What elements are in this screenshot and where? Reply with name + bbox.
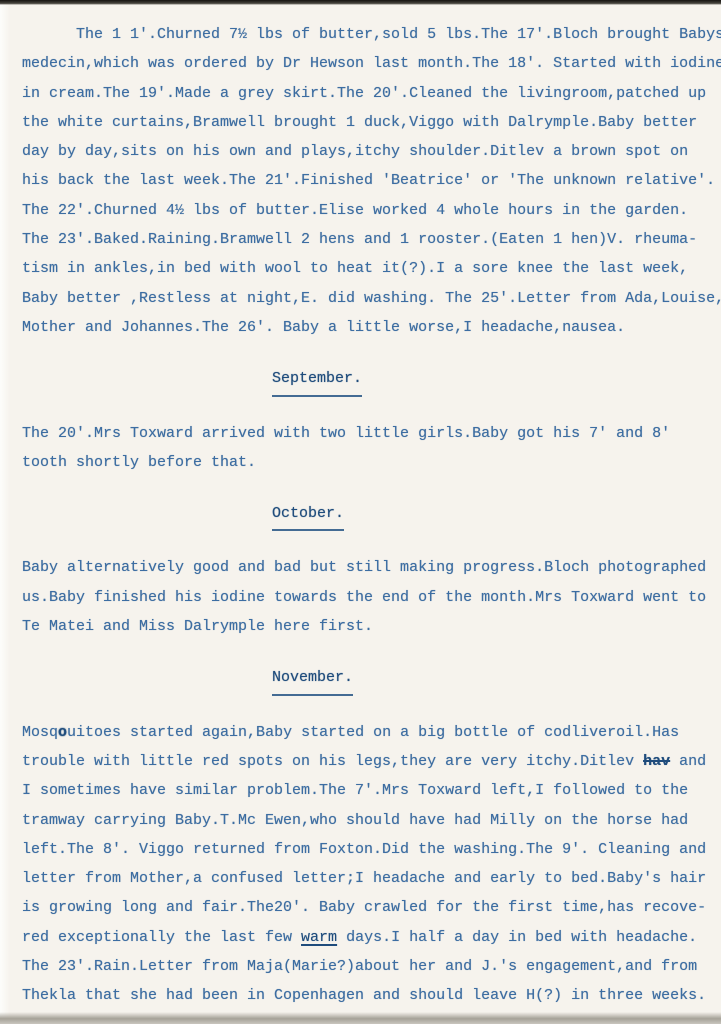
text-line: The 20'.Mrs Toxward arrived with two lit… (22, 419, 721, 448)
text-segment: Baby better ,Restless at night,E. did wa… (22, 290, 721, 307)
text-line: tramway carrying Baby.T.Mc Ewen,who shou… (22, 806, 721, 835)
text-segment: I sometimes have similar problem.The 7'.… (22, 782, 688, 799)
text-line: letter from Mother,a confused letter;I h… (22, 864, 721, 893)
text-segment: the white curtains,Bramwell brought 1 du… (22, 114, 697, 131)
text-segment: days.I half a day in bed with headache. (337, 929, 697, 946)
text-segment: Baby alternatively good and bad but stil… (22, 559, 706, 576)
text-line: The 22'.Churned 4½ lbs of butter.Elise w… (22, 196, 721, 225)
text-segment: Thekla that she had been in Copenhagen a… (22, 987, 706, 1004)
text-segment: uitoes started again,Baby started on a b… (67, 724, 679, 741)
text-segment: The 1 1'.Churned 7½ lbs of butter,sold 5… (22, 26, 721, 43)
document-body: The 1 1'.Churned 7½ lbs of butter,sold 5… (0, 0, 721, 1011)
text-segment: is growing long and fair.The20'. Baby cr… (22, 899, 706, 916)
text-line: The 23'.Baked.Raining.Bramwell 2 hens an… (22, 225, 721, 254)
text-segment: tramway carrying Baby.T.Mc Ewen,who shou… (22, 812, 688, 829)
text-segment: medecin,which was ordered by Dr Hewson l… (22, 55, 721, 72)
section-heading-text: September. (272, 364, 362, 396)
text-line: The 1 1'.Churned 7½ lbs of butter,sold 5… (22, 20, 721, 49)
text-line: tooth shortly before that. (22, 448, 721, 477)
text-line: Mosqouitoes started again,Baby started o… (22, 718, 721, 747)
text-line: red exceptionally the last few warm days… (22, 923, 721, 952)
text-segment-strike: hav (643, 753, 670, 770)
text-line: the white curtains,Bramwell brought 1 du… (22, 108, 721, 137)
text-segment: tism in ankles,in bed with wool to heat … (22, 260, 688, 277)
text-line: I sometimes have similar problem.The 7'.… (22, 776, 721, 805)
text-line: Te Matei and Miss Dalrymple here first. (22, 612, 721, 641)
scan-edge-bottom (0, 1012, 721, 1024)
text-segment: Te Matei and Miss Dalrymple here first. (22, 618, 373, 635)
text-segment: his back the last week.The 21'.Finished … (22, 172, 715, 189)
text-line: in cream.The 19'.Made a grey skirt.The 2… (22, 79, 721, 108)
text-segment: The 23'.Rain.Letter from Maja(Marie?)abo… (22, 958, 697, 975)
text-segment: us.Baby finished his iodine towards the … (22, 589, 706, 606)
paragraph: Mosqouitoes started again,Baby started o… (22, 718, 721, 1011)
scan-edge-top (0, 0, 721, 5)
text-line: Baby alternatively good and bad but stil… (22, 553, 721, 582)
text-line: medecin,which was ordered by Dr Hewson l… (22, 49, 721, 78)
text-line: Baby better ,Restless at night,E. did wa… (22, 284, 721, 313)
text-line: is growing long and fair.The20'. Baby cr… (22, 893, 721, 922)
text-segment-blot: o (58, 724, 67, 741)
paragraph: The 20'.Mrs Toxward arrived with two lit… (22, 419, 721, 478)
section-heading: October. (22, 499, 721, 531)
scanned-page: The 1 1'.Churned 7½ lbs of butter,sold 5… (0, 0, 721, 1024)
text-segment: day by day,sits on his own and plays,itc… (22, 143, 688, 160)
section-heading: November. (22, 663, 721, 695)
text-line: us.Baby finished his iodine towards the … (22, 583, 721, 612)
section-heading-text: October. (272, 499, 344, 531)
text-segment: in cream.The 19'.Made a grey skirt.The 2… (22, 85, 706, 102)
text-line: Mother and Johannes.The 26'. Baby a litt… (22, 313, 721, 342)
text-line: his back the last week.The 21'.Finished … (22, 166, 721, 195)
text-segment: letter from Mother,a confused letter;I h… (22, 870, 706, 887)
text-segment: and (670, 753, 706, 770)
text-line: tism in ankles,in bed with wool to heat … (22, 254, 721, 283)
text-line: Thekla that she had been in Copenhagen a… (22, 981, 721, 1010)
text-line: day by day,sits on his own and plays,itc… (22, 137, 721, 166)
text-segment: left.The 8'. Viggo returned from Foxton.… (22, 841, 706, 858)
text-segment-underline: warm (301, 929, 337, 946)
text-segment: tooth shortly before that. (22, 454, 256, 471)
text-segment: Mosq (22, 724, 58, 741)
section-heading: September. (22, 364, 721, 396)
text-line: trouble with little red spots on his leg… (22, 747, 721, 776)
text-segment: trouble with little red spots on his leg… (22, 753, 643, 770)
section-heading-text: November. (272, 663, 353, 695)
text-line: left.The 8'. Viggo returned from Foxton.… (22, 835, 721, 864)
text-segment: Mother and Johannes.The 26'. Baby a litt… (22, 319, 625, 336)
paragraph: The 1 1'.Churned 7½ lbs of butter,sold 5… (22, 20, 721, 342)
text-segment: The 20'.Mrs Toxward arrived with two lit… (22, 425, 670, 442)
text-segment: red exceptionally the last few (22, 929, 301, 946)
paragraph: Baby alternatively good and bad but stil… (22, 553, 721, 641)
text-line: The 23'.Rain.Letter from Maja(Marie?)abo… (22, 952, 721, 981)
text-segment: The 22'.Churned 4½ lbs of butter.Elise w… (22, 202, 688, 219)
text-segment: The 23'.Baked.Raining.Bramwell 2 hens an… (22, 231, 697, 248)
